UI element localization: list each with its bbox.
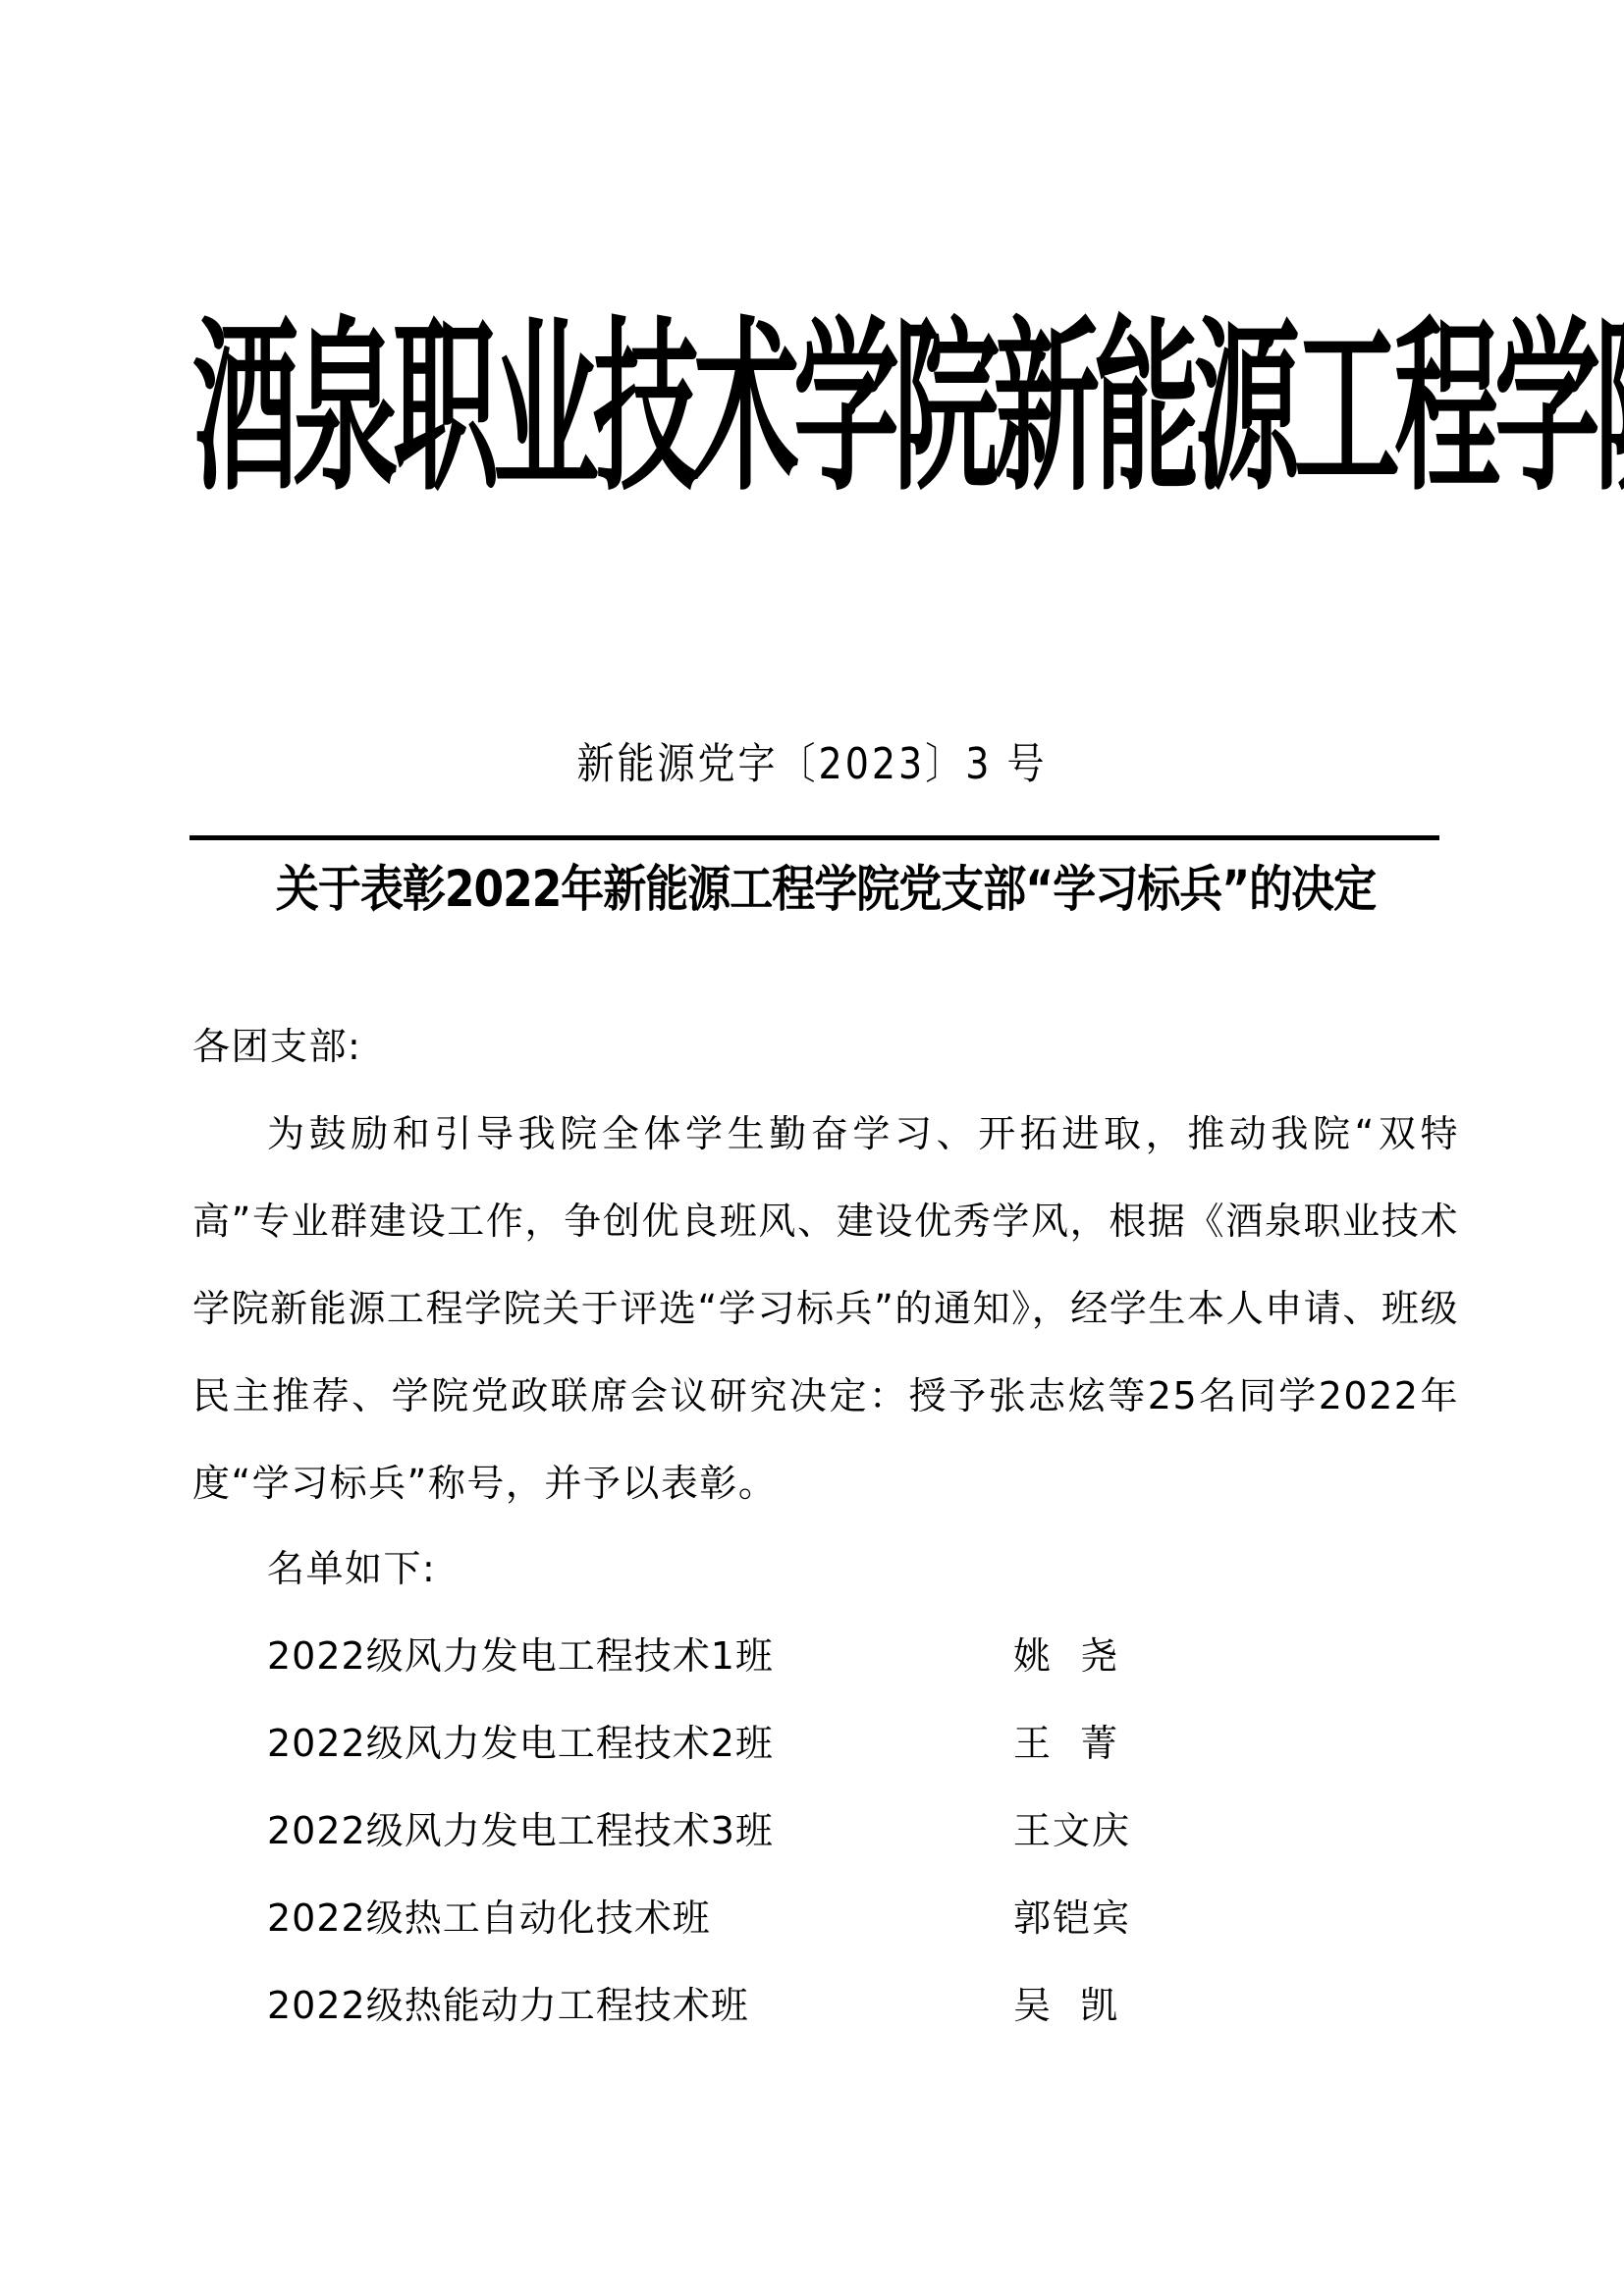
student-name: 王文庆 <box>1013 1788 1131 1875</box>
student-name: 吴 凯 <box>1013 1962 1119 2050</box>
class-name: 2022级风力发电工程技术1班 <box>267 1613 1013 1700</box>
body-paragraph: 为鼓励和引导我院全体学生勤奋学习、开拓进取，推动我院“双特高”专业群建设工作，争… <box>192 1091 1459 1527</box>
list-item: 2022级风力发电工程技术1班 姚 尧 <box>267 1613 1151 1700</box>
student-name: 王 菁 <box>1013 1700 1119 1788</box>
student-name: 姚 尧 <box>1013 1613 1119 1700</box>
list-item: 2022级风力发电工程技术3班 王文庆 <box>267 1788 1151 1875</box>
class-name: 2022级热工自动化技术班 <box>267 1875 1013 1962</box>
header-divider <box>189 835 1439 840</box>
student-name: 郭铠宾 <box>1013 1875 1131 1962</box>
salutation: 各团支部: <box>192 1003 1459 1091</box>
document-title: 关于表彰2022年新能源工程学院党支部“学习标兵”的决定 <box>192 851 1459 931</box>
class-name: 2022级风力发电工程技术2班 <box>267 1700 1013 1788</box>
list-item: 2022级风力发电工程技术2班 王 菁 <box>267 1700 1151 1788</box>
list-intro: 名单如下: <box>267 1525 1534 1613</box>
document-header: 酒泉职业技术学院新能源工程学院文件 <box>192 239 1459 582</box>
list-item: 2022级热能动力工程技术班 吴 凯 <box>267 1962 1151 2050</box>
list-item: 2022级热工自动化技术班 郭铠宾 <box>267 1875 1151 1962</box>
honoree-list: 2022级风力发电工程技术1班 姚 尧 2022级风力发电工程技术2班 王 菁 … <box>267 1613 1151 2050</box>
class-name: 2022级热能动力工程技术班 <box>267 1962 1013 2050</box>
document-number: 新能源党字〔2023〕3 号 <box>0 730 1624 798</box>
class-name: 2022级风力发电工程技术3班 <box>267 1788 1013 1875</box>
